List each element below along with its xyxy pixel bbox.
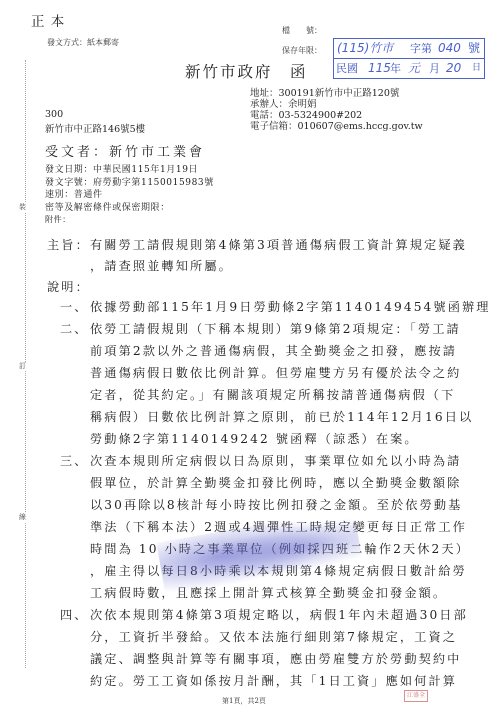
item-line: 定者，從其約定。」有關該項規定所稱按請普通傷病假（下 — [90, 386, 455, 403]
copy-type-label: 正 本 — [31, 10, 65, 30]
stamp-month-unit: 月 — [429, 59, 440, 78]
item-line: 勞動條2字第1140149242 號函釋（諒悉）在案。 — [90, 430, 419, 447]
document-meta: 發文日期：中華民國115年1月19日 發文字號：府勞動字第1150015983號… — [45, 164, 214, 227]
stamp-number: 040 — [438, 39, 461, 58]
item-number: 三、 — [60, 452, 89, 469]
item-line: 工病假時數，且應採上開計算式核算全勤獎金扣發金額。 — [90, 584, 447, 601]
delivery-method: 發文方式：紙本郵寄 — [47, 37, 119, 48]
stamp-mid: 字第 — [410, 39, 432, 58]
item-line: 以30再除以8核計每小時按比例扣發之金額。至於依勞動基 — [90, 496, 462, 513]
binding-mark-ding: 訂 — [19, 362, 26, 371]
item-line: 分，工資折半發給。又依本法施行細則第7條規定，工資之 — [90, 628, 457, 645]
item-line: 稱病假）日數依比例計算之原則，前已於114年12月16日以 — [90, 408, 473, 425]
item-line: 議定、調整與計算等有關事項，應由勞雇雙方於勞動契約中 — [90, 650, 461, 667]
stamp-month: 元 — [408, 59, 420, 78]
stamp-year: 115 — [368, 59, 391, 78]
stamp-day: 20 — [446, 59, 461, 78]
stamp-suffix: 號 — [468, 39, 480, 58]
item-line: 次依本規則第4條第3項規定略以，病假1年內未超過30日部 — [90, 606, 468, 623]
item-number: 一、 — [60, 298, 89, 315]
confidentiality: 密等及解密條件或保密期限： — [45, 202, 214, 215]
recipient: 受文者：新竹市工業會 — [45, 141, 205, 160]
item-line: 普通傷病假日數依比例計算。但勞雇雙方另有優於法令之約 — [90, 364, 461, 381]
item-line: 約定。勞工工資如係按月計酬，其「1日工資」應如何計算 — [90, 672, 457, 689]
stamp-prefix: (115)竹市 — [337, 39, 393, 58]
stamp-day-unit: 日 — [472, 59, 481, 78]
attachment: 附件： — [45, 214, 214, 227]
stamp-era: 民國 — [336, 59, 358, 78]
contact-address: 地址：300191新竹市中正路120號 — [250, 88, 423, 99]
subject-line-2: ，請查照並轉知所屬。 — [90, 257, 233, 274]
item-line: 依據勞動部115年1月9日勞動條2字第1140149454號函辦理。 — [90, 298, 491, 315]
binding-mark-xian: 線 — [19, 513, 26, 522]
explanation-label: 說明： — [47, 278, 90, 295]
recipient-address: 新竹市中正路146號5樓 — [45, 121, 145, 135]
contact-phone: 電話：03-5324900#202 — [250, 110, 423, 121]
stamp-year-unit: 年 — [390, 59, 401, 78]
item-number: 二、 — [60, 320, 89, 337]
item-number: 四、 — [60, 606, 89, 623]
personal-seal: 江盛全 — [404, 690, 428, 702]
item-line: 次查本規則所定病假以日為原則，事業單位如允以小時為請 — [90, 452, 461, 469]
item-line: 前項第2款以外之普通傷病假，其全勤獎金之扣發，應按請 — [90, 342, 457, 359]
contact-block: 地址：300191新竹市中正路120號 承辦人：余明娟 電話：03-532490… — [250, 88, 423, 132]
binding-mark-zhuang: 裝 — [19, 203, 26, 212]
item-line: 準法（下稱本法）2週或4週彈性工時規定變更每日正常工作 — [90, 518, 467, 535]
contact-email: 電子信箱：010607@ems.hccg.gov.tw — [250, 121, 423, 132]
item-line: 假單位，於計算全勤獎金扣發比例時，應以全勤獎金數額除 — [90, 474, 461, 491]
page-number: 第1頁，共2頁 — [222, 696, 266, 706]
item-line: ，雇主得以每日8小時乘以本規則第4條規定病假日數計給勞 — [90, 562, 467, 579]
issue-date: 發文日期：中華民國115年1月19日 — [45, 164, 214, 177]
recipient-postal-code: 300 — [45, 109, 63, 120]
item-line: 依勞工請假規則（下稱本規則）第9條第2項規定：「勞工請 — [90, 320, 461, 337]
subject-line-1: 有關勞工請假規則第4條第3項普通傷病假工資計算規定疑義 — [90, 236, 467, 253]
retention-period-label: 保存年限： — [282, 45, 322, 56]
received-stamp: (115)竹市 字第 040 號 民國 115 年 元 月 20 日 — [333, 38, 485, 79]
item-line: 時間為 10 小時之事業單位（例如採四班二輪作2天休2天） — [90, 540, 470, 557]
file-number-label: 檔 號： — [282, 25, 322, 36]
document-number: 發文字號：府勞動字第1150015983號 — [45, 177, 214, 190]
delivery-speed: 速別：普通件 — [45, 189, 214, 202]
contact-handler: 承辦人：余明娟 — [250, 99, 423, 110]
document-title: 新竹市政府 函 — [185, 60, 308, 82]
subject-label: 主旨： — [47, 236, 90, 253]
